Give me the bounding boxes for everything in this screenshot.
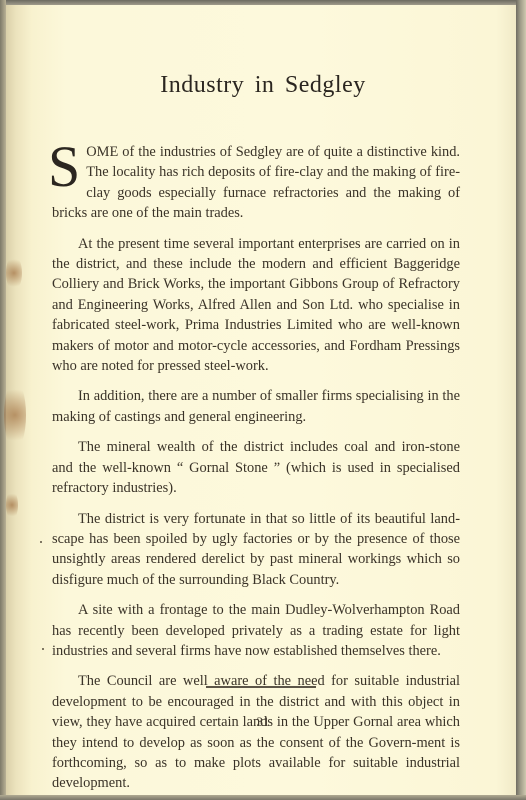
page-title: Industry in Sedgley: [0, 72, 526, 99]
paragraph-smaller-firms: In addition, there are a number of small…: [52, 386, 460, 427]
foxing-stain: [6, 255, 22, 291]
paragraph-council: The Council are well aware of the need f…: [52, 671, 460, 793]
paragraph-text: OME of the industries of Sedgley are of …: [52, 144, 460, 221]
page-number: 31: [0, 714, 526, 730]
drop-cap: S: [48, 144, 80, 190]
paragraph-intro: SOME of the industries of Sedgley are of…: [52, 142, 460, 224]
section-divider: [206, 686, 316, 688]
foxing-stain: [6, 490, 18, 520]
body-text: SOME of the industries of Sedgley are of…: [52, 142, 460, 800]
paragraph-enterprises: At the present time several important en…: [52, 234, 460, 377]
paragraph-landscape: The district is very fortunate in that s…: [52, 509, 460, 591]
page-right-edge: [516, 0, 526, 800]
ink-speck: [40, 541, 42, 543]
foxing-stain: [4, 380, 26, 450]
paragraph-trading-estate: A site with a frontage to the main Dudle…: [52, 600, 460, 661]
ink-speck: [42, 648, 44, 650]
paragraph-mineral-wealth: The mineral wealth of the district inclu…: [52, 437, 460, 498]
